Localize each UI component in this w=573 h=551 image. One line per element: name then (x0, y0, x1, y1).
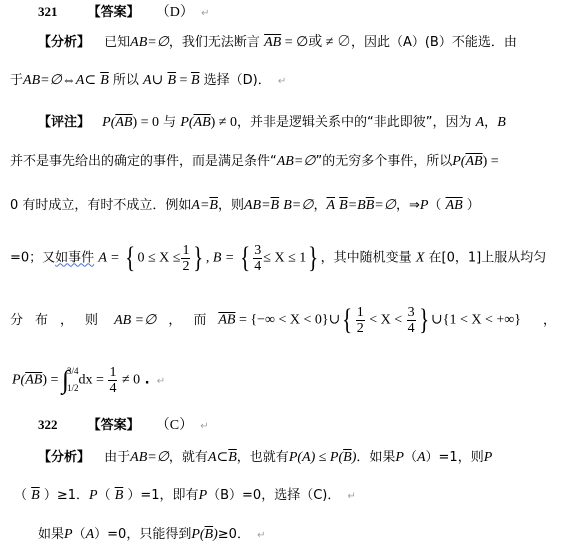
math: A = (98, 251, 123, 266)
text: ．如果 (356, 450, 395, 465)
text: （ (98, 488, 115, 503)
text: 而 (193, 313, 206, 328)
problem-number: 322 (38, 417, 58, 432)
text: 于 (10, 73, 23, 88)
math: AB (264, 35, 281, 50)
text: ， (60, 313, 73, 328)
math: P( (452, 154, 465, 169)
math: P( (180, 115, 193, 130)
left-brace-icon: { (342, 300, 352, 340)
left-brace-icon: { (125, 238, 135, 278)
denominator: 4 (408, 321, 415, 336)
math: A (326, 198, 335, 213)
math: ≠ 0 (118, 373, 140, 388)
paragraph-mark-icon: ↵ (201, 8, 209, 19)
denominator: 4 (254, 259, 261, 274)
text: 选择（D)． (200, 73, 271, 88)
left-brace-icon: { (240, 238, 250, 278)
fraction: 12 (181, 243, 190, 274)
math: dx = (79, 373, 108, 388)
text: 并不是事先给出的确定的事件，而是满足条件“ (10, 154, 277, 169)
paragraph-mark-icon: ↵ (200, 421, 208, 432)
math: AB (115, 115, 132, 130)
text: =0；又 (10, 251, 55, 266)
math: AB =∅ (114, 313, 156, 328)
integral-limits: 3/41/2 (67, 367, 79, 393)
math: P (484, 450, 493, 465)
math: ) = (42, 373, 62, 388)
integral: ∫3/41/2 (62, 360, 79, 400)
text: ， (313, 198, 326, 213)
text: 0 有时成立，有时不成立．例如 (10, 198, 191, 213)
comment-321-line-1: 【评注】 P(AB) = 0 与 P(AB) ≠ 0，并非是逻辑关系中的“非此即… (38, 114, 506, 132)
math: AB (218, 313, 235, 328)
text: 则 (85, 313, 98, 328)
math: ) = (483, 154, 499, 169)
text: ，则 (218, 198, 244, 213)
right-brace-icon: } (194, 238, 204, 278)
text: ， (484, 115, 497, 130)
text: ）=1，则 (426, 450, 484, 465)
math: ∪{1 < X < +∞} (431, 313, 521, 328)
text: 布 (35, 313, 48, 328)
math: P (395, 450, 404, 465)
math: , B = (206, 251, 238, 266)
math: B (100, 73, 109, 88)
math: = (176, 73, 191, 88)
problem-322-header: 322 【答案】 （C） ↵ (38, 416, 209, 436)
lower-limit: 1/2 (67, 384, 79, 393)
math: P(A) ≤ P( (289, 450, 343, 465)
math: A⊂ (208, 450, 228, 465)
paragraph-mark-icon: ↵ (348, 491, 356, 502)
math: ≤ X ≤ 1 (263, 251, 306, 266)
paragraph-mark-icon: ↵ (157, 376, 165, 387)
text: 所以 (109, 73, 139, 88)
math: B (366, 198, 375, 213)
text: ≥0． (218, 527, 250, 542)
math: AB (25, 373, 42, 388)
denominator: 2 (182, 259, 189, 274)
analysis-321-line-2: 于AB=∅⇔A⊂ B 所以 A∪ B = B 选择（D)． ↵ (10, 72, 286, 91)
text: . (140, 373, 149, 388)
fraction: 14 (108, 365, 117, 396)
problem-number: 321 (38, 4, 58, 19)
analysis-label: 【分析】 (38, 35, 90, 50)
right-brace-icon: } (308, 238, 318, 278)
numerator: 3 (253, 243, 262, 259)
upper-limit: 3/4 (67, 367, 79, 376)
comment-321-line-3: 0 有时成立，有时不成立．例如A=B，则AB=B B=∅，A B=BB=∅，⇒P… (10, 197, 480, 215)
text: ）=1，即有 (123, 488, 198, 503)
math: P (64, 527, 73, 542)
text: （ (73, 527, 86, 542)
answer-value: （C） (156, 418, 193, 433)
math: B (339, 198, 348, 213)
math: AB (194, 115, 211, 130)
comment-321-line-4: =0；又如事件 A = {0 ≤ X ≤12}, B = {34≤ X ≤ 1}… (10, 238, 546, 279)
math: B (191, 73, 200, 88)
text: （B）=0，选择（C)． (207, 488, 340, 503)
denominator: 2 (357, 321, 364, 336)
text: （ (428, 198, 445, 213)
text: 与 (159, 115, 180, 130)
text: ） (463, 198, 480, 213)
spellcheck-underlined-text: 如事件 (55, 251, 94, 266)
text: ）=0，只能得到 (94, 527, 191, 542)
analysis-321-line-1: 【分析】 已知AB=∅，我们无法断言 AB = ∅或 ≠ ∅，因此（A）(B）不… (38, 34, 517, 52)
math: 0 ≤ X ≤ (137, 251, 180, 266)
text: ， (543, 313, 556, 328)
text: 已知 (104, 35, 130, 50)
math: P (89, 488, 98, 503)
fraction: 34 (253, 243, 262, 274)
text: ，并非是逻辑关系中的“非此即彼”，因为 (237, 115, 476, 130)
math: B (209, 198, 218, 213)
math: P (199, 488, 208, 503)
math: AB=∅ (130, 450, 169, 465)
math: < X < (366, 313, 406, 328)
math: ) = 0 (132, 115, 159, 130)
paragraph-mark-icon: ↵ (257, 530, 265, 541)
math: AB=∅ (130, 35, 169, 50)
math: = ∅或 ≠ ∅ (281, 35, 351, 50)
analysis-322-line-2: （ B ）≥1．P（ B ）=1，即有P（B）=0，选择（C)． ↵ (14, 487, 356, 506)
answer-label: 【答案】 (88, 5, 140, 20)
comment-321-line-6: P(AB) = ∫3/41/2dx = 14 ≠ 0 . ↵ (12, 360, 165, 402)
math: A (86, 527, 95, 542)
math: =∅ (374, 198, 396, 213)
math: AB= (244, 198, 271, 213)
text: ）≥1． (40, 488, 89, 503)
answer-value: （D） (156, 5, 194, 20)
text: 在[0，1]上服从均匀 (424, 251, 546, 266)
comment-321-line-2: 并不是事先给出的确定的事件，而是满足条件“AB=∅”的无穷多个事件，所以P(AB… (10, 153, 499, 171)
math: B (228, 450, 237, 465)
math: A= (191, 198, 209, 213)
math: A∪ (143, 73, 163, 88)
comment-label: 【评注】 (38, 115, 90, 130)
comment-321-line-5: 分布，则AB =∅，而AB = {−∞ < X < 0}∪{12 < X < 3… (10, 300, 556, 341)
math: B (31, 488, 40, 503)
right-brace-icon: } (419, 300, 429, 340)
text: ，就有 (169, 450, 208, 465)
numerator: 1 (108, 365, 117, 381)
math: P( (102, 115, 115, 130)
math: AB (465, 154, 482, 169)
math: B=∅ (283, 198, 313, 213)
math: AB=∅⇔A⊂ (23, 73, 96, 88)
text: （ (404, 450, 417, 465)
text: ，我们无法断言 (169, 35, 260, 50)
math: ) ≠ 0 (211, 115, 237, 130)
answer-label: 【答案】 (88, 418, 140, 433)
text: ， (168, 313, 181, 328)
numerator: 1 (181, 243, 190, 259)
text: ，其中随机变量 (321, 251, 416, 266)
math: AB=∅ (277, 154, 316, 169)
text: （ (14, 488, 31, 503)
analysis-label: 【分析】 (38, 450, 90, 465)
numerator: 1 (356, 305, 365, 321)
text: ，⇒ (396, 198, 420, 213)
problem-321-header: 321 【答案】 （D） ↵ (38, 3, 209, 23)
fraction: 12 (356, 305, 365, 336)
text: 如果 (38, 527, 64, 542)
math: B (205, 527, 214, 542)
math: B (343, 450, 352, 465)
math: A (476, 115, 485, 130)
denominator: 4 (109, 381, 116, 396)
analysis-322-line-1: 【分析】 由于AB=∅，就有A⊂B，也就有P(A) ≤ P(B)．如果P（A）=… (38, 449, 492, 467)
text: ，也就有 (237, 450, 289, 465)
math: B (115, 488, 124, 503)
math: P( (191, 527, 204, 542)
numerator: 3 (407, 305, 416, 321)
math: B (497, 115, 506, 130)
math: B (167, 73, 176, 88)
fraction: 34 (407, 305, 416, 336)
math: =B (348, 198, 366, 213)
text: ，因此（A）(B）不能选．由 (351, 35, 517, 50)
math: A (417, 450, 426, 465)
paragraph-mark-icon: ↵ (278, 76, 286, 87)
analysis-322-line-3: 如果P（A）=0，只能得到P(B)≥0． ↵ (38, 526, 265, 545)
math: P( (12, 373, 25, 388)
text: ”的无穷多个事件，所以 (316, 154, 453, 169)
text: 分 (10, 313, 23, 328)
text: 由于 (104, 450, 130, 465)
math: AB (446, 198, 463, 213)
math: = {−∞ < X < 0}∪ (235, 313, 340, 328)
math: B (271, 198, 280, 213)
